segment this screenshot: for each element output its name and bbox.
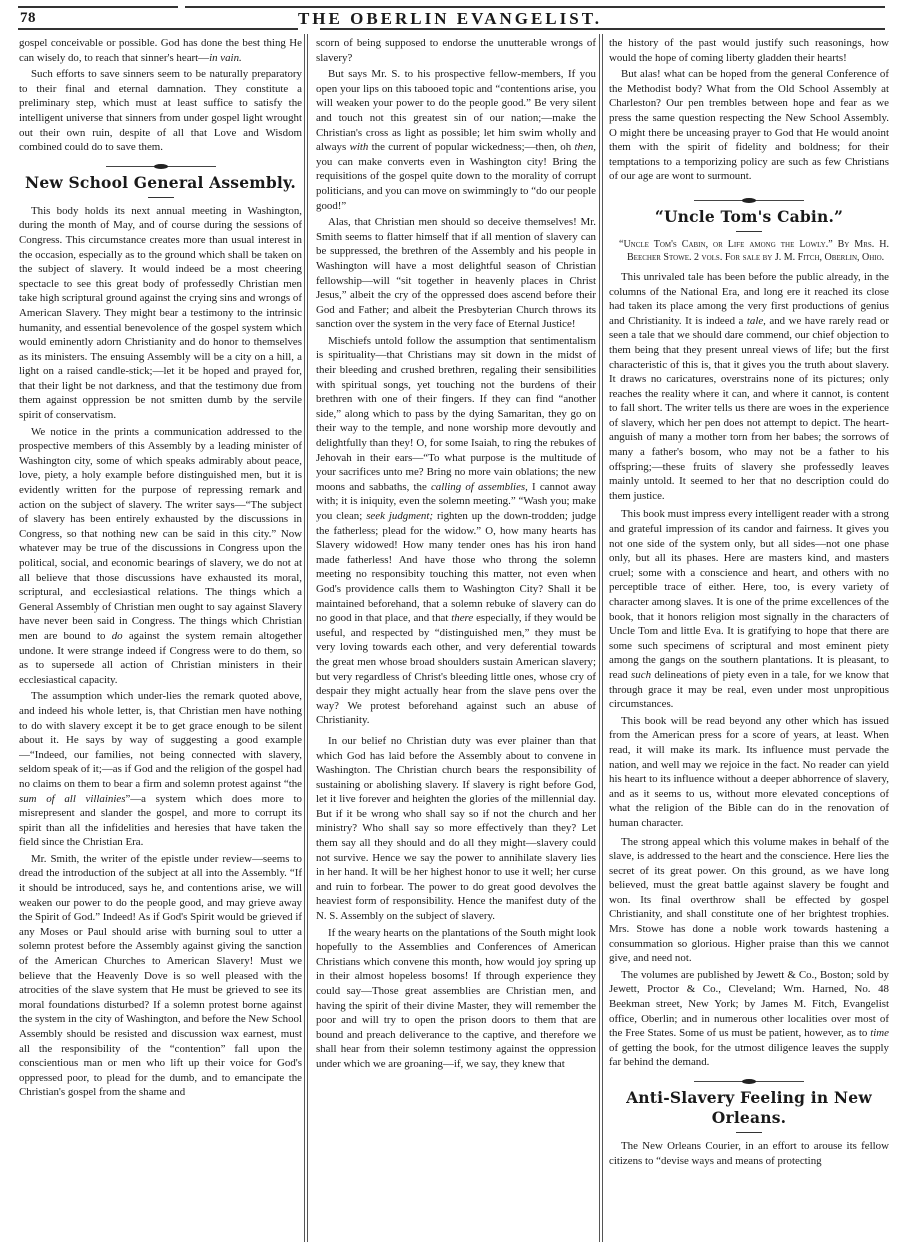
masthead-rule xyxy=(18,28,298,30)
title-rule xyxy=(736,231,762,232)
masthead-rule xyxy=(320,28,885,30)
paragraph: This book must impress every intelligent… xyxy=(609,507,889,711)
paragraph: Alas, that Christian men should so decei… xyxy=(316,215,596,332)
paragraph: gospel conceivable or possible. God has … xyxy=(19,36,302,65)
ornamental-divider xyxy=(106,166,216,167)
column-divider xyxy=(304,34,305,1242)
article-title-uncle-toms-cabin: “Uncle Tom's Cabin.” xyxy=(609,207,889,227)
title-rule xyxy=(736,1132,762,1133)
newspaper-title: THE OBERLIN EVANGELIST. xyxy=(0,9,900,29)
paragraph: the history of the past would justify su… xyxy=(609,36,889,65)
paragraph: Such efforts to save sinners seem to be … xyxy=(19,67,302,155)
article-title-anti-slavery-new-orleans: Anti-Slavery Feeling in New Orleans. xyxy=(609,1088,889,1128)
paragraph: If the weary hearts on the plantations o… xyxy=(316,926,596,1072)
paragraph: We notice in the prints a communication … xyxy=(19,425,302,688)
paragraph: The volumes are published by Jewett & Co… xyxy=(609,968,889,1070)
paragraph: In our belief no Christian duty was ever… xyxy=(316,734,596,924)
paragraph: The strong appeal which this volume make… xyxy=(609,835,889,966)
column-3: the history of the past would justify su… xyxy=(609,36,889,1241)
masthead: 78 THE OBERLIN EVANGELIST. xyxy=(0,0,900,34)
book-reference: “Uncle Tom's Cabin, or Life among the Lo… xyxy=(609,238,889,264)
masthead-rule xyxy=(185,6,885,8)
column-2: scorn of being supposed to endorse the u… xyxy=(316,36,596,1241)
title-rule xyxy=(148,197,174,198)
paragraph: Mr. Smith, the writer of the epistle und… xyxy=(19,852,302,1100)
paragraph: This book will be read beyond any other … xyxy=(609,714,889,831)
ornamental-divider xyxy=(694,200,804,201)
paragraph: The New Orleans Courier, in an effort to… xyxy=(609,1139,889,1168)
paragraph: The assumption which under-lies the rema… xyxy=(19,689,302,850)
paragraph: This unrivaled tale has been before the … xyxy=(609,270,889,504)
column-divider xyxy=(599,34,600,1242)
paragraph: But says Mr. S. to his prospective fello… xyxy=(316,67,596,213)
paragraph: scorn of being supposed to endorse the u… xyxy=(316,36,596,65)
column-1: gospel conceivable or possible. God has … xyxy=(19,36,302,1241)
paragraph: This body holds its next annual meeting … xyxy=(19,204,302,423)
article-title-new-school-assembly: New School General Assembly. xyxy=(19,173,302,193)
paragraph: Mischiefs untold follow the assumption t… xyxy=(316,334,596,728)
paragraph: But alas! what can be hoped from the gen… xyxy=(609,67,889,184)
ornamental-divider xyxy=(694,1081,804,1082)
masthead-rule xyxy=(18,6,178,8)
